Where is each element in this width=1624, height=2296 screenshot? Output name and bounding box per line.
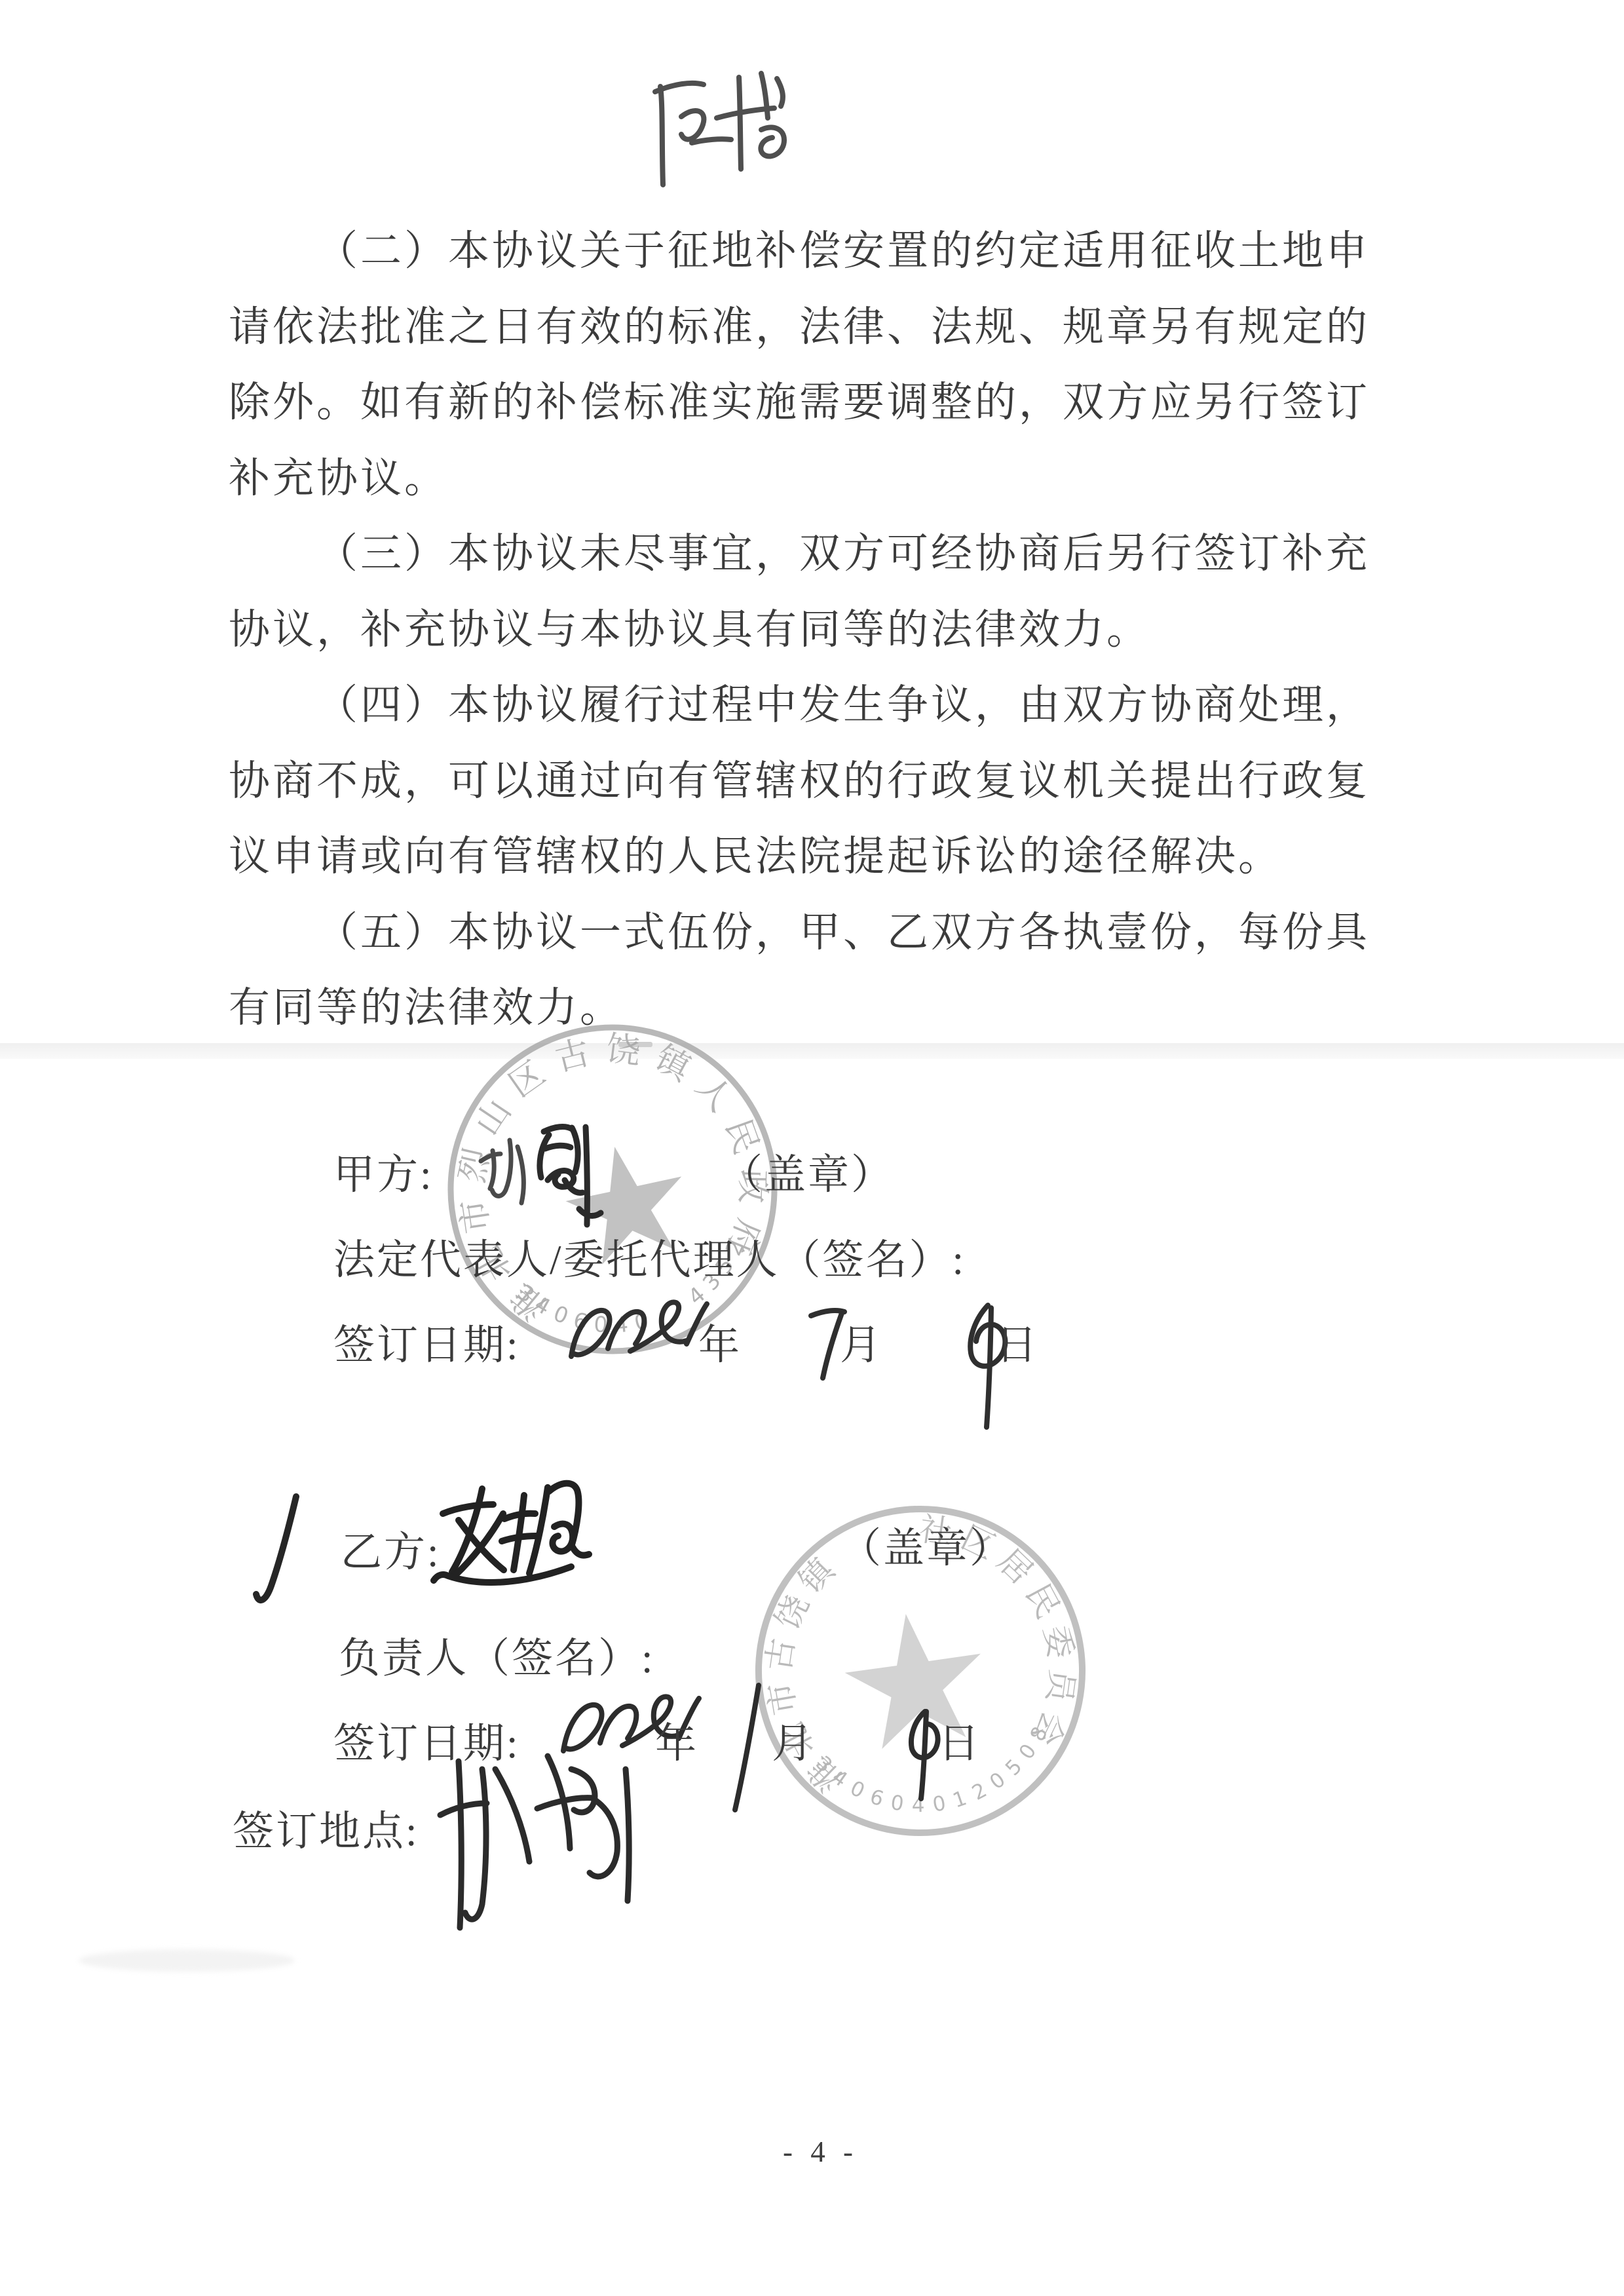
party-b-handwritten-place <box>440 1756 629 1928</box>
party-a-seal-note: （盖章） <box>721 1141 894 1201</box>
scan-artifact-smudge <box>79 1949 295 1972</box>
party-a-year-suffix: 年 <box>698 1312 742 1371</box>
party-b-label: 乙方: <box>341 1519 441 1578</box>
party-b-check-mark <box>256 1497 296 1600</box>
scan-artifact-dash <box>618 1042 652 1047</box>
body-line: 除外。如有新的补偿标准实施需要调整的，双方应另行签订 <box>229 369 1370 429</box>
party-b-signature <box>434 1483 589 1582</box>
body-line: 请依法批准之日有效的标准，法律、法规、规章另有规定的 <box>229 294 1370 353</box>
body-line: （四）本协议履行过程中发生争议，由双方协商处理， <box>316 672 1370 731</box>
body-line: （二）本协议关于征地补偿安置的约定适用征收土地申 <box>316 218 1370 277</box>
body-line: 议申请或向有管辖权的人民法院提起诉讼的途径解决。 <box>229 823 1282 883</box>
party-b-date-label: 签订日期: <box>333 1710 520 1770</box>
body-line: 补充协议。 <box>229 445 448 505</box>
page-number: - 4 - <box>783 2135 858 2169</box>
party-a-handwritten-date <box>571 1302 1005 1427</box>
party-b-head-line: 负责人（签名）: <box>339 1625 655 1685</box>
party-b-seal-note: （盖章） <box>840 1515 1013 1575</box>
body-line: 有同等的法律效力。 <box>229 974 624 1034</box>
party-b-year-suffix: 年 <box>655 1710 698 1770</box>
party-b-day-suffix: 日 <box>938 1710 981 1770</box>
party-a-label: 甲方: <box>333 1141 434 1201</box>
body-line: （五）本协议一式伍份，甲、乙双方各执壹份，每份具 <box>316 899 1370 959</box>
party-a-rep-line: 法定代表人/委托代理人（签名）: <box>333 1227 966 1286</box>
party-b-handwritten-date <box>563 1685 938 1810</box>
party-a-signature <box>481 1127 601 1225</box>
body-line: 协议，补充协议与本协议具有同等的法律效力。 <box>229 596 1150 656</box>
body-line: 协商不成，可以通过向有管辖权的行政复议机关提出行政复 <box>229 748 1370 807</box>
party-a-date-label: 签订日期: <box>333 1312 520 1371</box>
top-handwritten-note <box>655 73 784 185</box>
scanned-document-page: 淮北市烈山区古饶镇人民政府 3406040 4352 淮北市古饶镇 社区居民委员… <box>0 0 1624 2296</box>
party-a-month-suffix: 月 <box>840 1312 883 1371</box>
body-line: （三）本协议未尽事宜，双方可经协商后另行签订补充 <box>316 520 1370 580</box>
scan-artifact-band <box>0 1043 1624 1059</box>
party-b-month-suffix: 月 <box>772 1710 815 1770</box>
party-a-day-suffix: 日 <box>996 1312 1039 1371</box>
party-b-place-label: 签订地点: <box>233 1798 419 1858</box>
